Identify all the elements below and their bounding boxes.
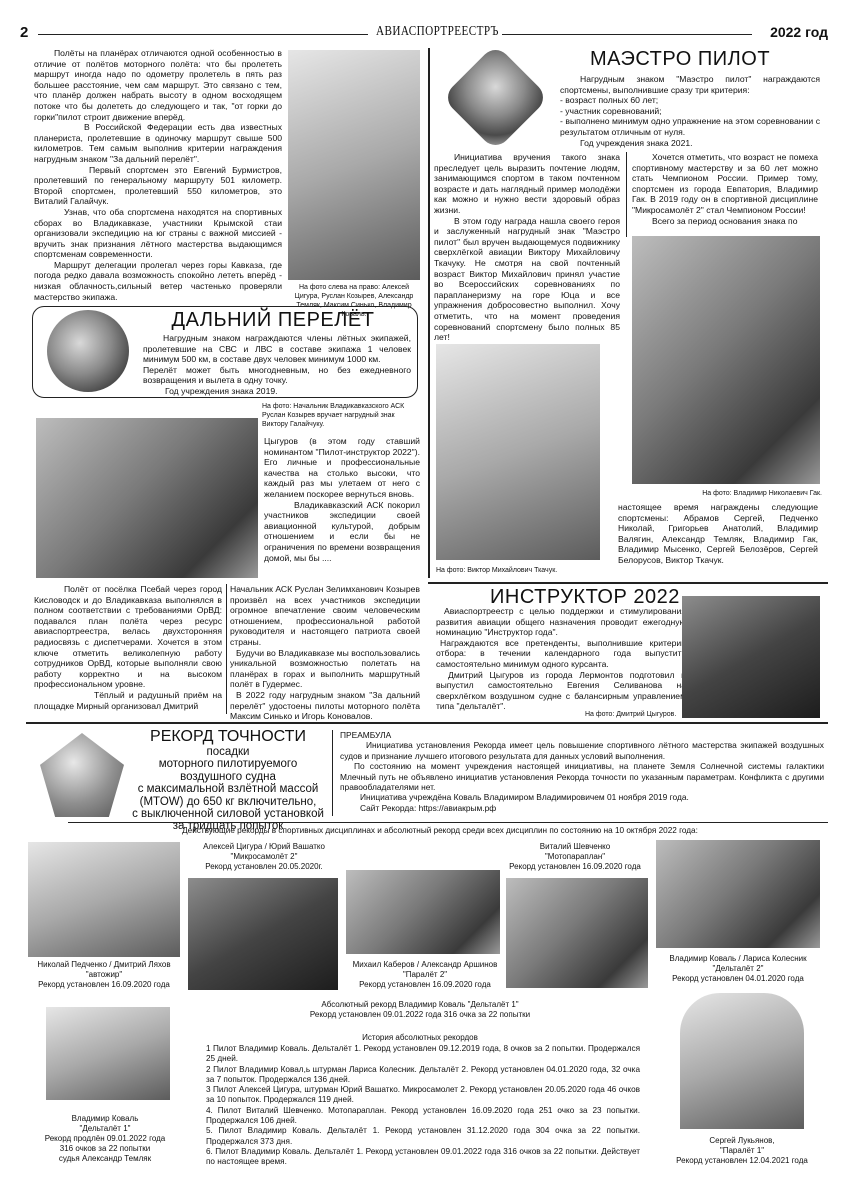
holder-photo	[188, 878, 338, 990]
record-subtitle-line: с максимальной взлётной массой	[128, 783, 328, 795]
masthead: АВИАСПОРТРЕЕСТРЪ	[376, 24, 499, 40]
paragraph: Хочется отметить, что возраст не помеха …	[632, 152, 818, 216]
record-subtitle-line: (MTOW) до 650 кг включительно,	[128, 796, 328, 808]
record-site-link[interactable]: Сайт Рекорда: https://авиакрым.рф	[340, 803, 824, 813]
absolute-line-2: Рекорд установлен 09.01.2022 года 316 оч…	[220, 1010, 620, 1020]
caption-line: Сергей Лукьянов,	[660, 1136, 824, 1146]
gak-photo	[632, 236, 820, 484]
maestro-badge-icon	[442, 44, 549, 151]
record-title: РЕКОРД ТОЧНОСТИ	[128, 728, 328, 746]
group-photo	[288, 50, 420, 280]
maestro-intro: Нагрудным знаком "Маэстро пилот" награжд…	[560, 74, 820, 148]
holder-names: Николай Педченко / Дмитрий Ляхов	[24, 960, 184, 970]
paragraph: Всего за период основания знака по	[632, 216, 818, 227]
holder-names: Михаил Каберов / Александр Аршинов	[340, 960, 510, 970]
header-rule-left	[38, 34, 368, 35]
paragraph: Нагрудным знаком награждаются члены лётн…	[143, 333, 411, 365]
holder-date: Рекорд установлен 16.09.2020 года	[500, 862, 650, 872]
holder-photo	[506, 878, 648, 988]
holder-discipline: "Мотопараплан"	[500, 852, 650, 862]
maestro-continuation: настоящее время награждены следующие спо…	[618, 502, 818, 566]
paragraph: Год учреждения знака 2019.	[143, 386, 411, 397]
paragraph: Полёт от посёлка Псебай через город Кисл…	[34, 584, 222, 690]
page-number: 2	[20, 24, 28, 41]
maestro-title: МАЭСТРО ПИЛОТ	[560, 48, 800, 71]
record-subtitle-line: посадки	[128, 746, 328, 758]
paragraph: Узнав, что оба спортсмена находятся на с…	[34, 207, 282, 260]
tkachuk-photo	[436, 344, 600, 560]
caption-line: Владимир Коваль	[30, 1114, 180, 1124]
paragraph: Владикавказский АСК покорил участников э…	[264, 500, 420, 564]
holder-discipline: "Микросамолёт 2"	[184, 852, 344, 862]
paragraph: В этом году награда нашла своего героя и…	[434, 216, 620, 343]
paragraph: В Российской Федерации есть два известны…	[34, 122, 282, 164]
holder-photo	[28, 842, 180, 957]
holder-names: Алексей Цигура / Юрий Вашатко	[184, 842, 344, 852]
paragraph: По состоянию на момент учреждения настоя…	[340, 761, 824, 792]
maestro-col2: Хочется отметить, что возраст не помеха …	[632, 152, 818, 226]
paragraph: Перелёт может быть многодневным, но без …	[143, 365, 411, 386]
record-subtitle-line: воздушного судна	[128, 771, 328, 783]
record-subtitle-line: с выключенной силовой установкой	[128, 808, 328, 820]
record-holder-3: Михаил Каберов / Александр Аршинов "Пара…	[340, 960, 510, 990]
page-header: 2 АВИАСПОРТРЕЕСТРЪ 2022 год	[20, 24, 828, 44]
record-holder-5: Владимир Коваль / Лариса Колесник "Дельт…	[650, 954, 826, 984]
caption-line: Рекорд продлён 09.01.2022 года	[30, 1134, 180, 1144]
column-divider	[428, 48, 430, 578]
paragraph: Будучи во Владикавказе мы воспользовалис…	[230, 648, 420, 690]
caption-line: 316 очков за 22 попытки	[30, 1144, 180, 1154]
record-top-rule	[26, 722, 828, 724]
history-item: 1 Пилот Владимир Коваль. Дельталёт 1. Ре…	[206, 1044, 640, 1065]
history-title: История абсолютных рекордов	[220, 1033, 620, 1042]
maestro-col1: Инициатива вручения такого знака преслед…	[434, 152, 620, 343]
history-item: 3 Пилот Алексей Цигура, штурман Юрий Ваш…	[206, 1085, 640, 1106]
paragraph: Начальник АСК Руслан Зелимханович Козыре…	[230, 584, 420, 648]
record-holder-4: Виталий Шевченко "Мотопараплан" Рекорд у…	[500, 842, 650, 872]
paragraph: Инициатива вручения такого знака преслед…	[434, 152, 620, 216]
presentation-photo	[36, 418, 258, 578]
history-list: 1 Пилот Владимир Коваль. Дельталёт 1. Ре…	[206, 1044, 640, 1168]
column-divider	[332, 730, 333, 816]
caption-line: "Дельталёт 1"	[30, 1124, 180, 1134]
long-flight-col-right: Начальник АСК Руслан Зелимханович Козыре…	[230, 584, 420, 722]
criterion: - возраст полных 60 лет;	[560, 95, 820, 106]
caption-line: Рекорд установлен 12.04.2021 года	[660, 1156, 824, 1166]
tsygurov-photo	[682, 596, 820, 718]
gak-photo-caption: На фото: Владимир Николаевич Гак.	[672, 489, 822, 498]
criterion: - участник соревнований;	[560, 106, 820, 117]
record-subtitle-line: моторного пилотируемого	[128, 758, 328, 770]
holder-discipline: "Дельталёт 2"	[650, 964, 826, 974]
long-flight-side-text: Цыгуров (в этом году ставший номинантом …	[264, 436, 420, 563]
holder-date: Рекорд установлен 20.05.2020г.	[184, 862, 344, 872]
paragraph: Первый спортсмен это Евгений Бурмистров,…	[34, 165, 282, 207]
koval-caption: Владимир Коваль "Дельталёт 1" Рекорд про…	[30, 1114, 180, 1164]
long-flight-col-left: Полёт от посёлка Псебай через город Кисл…	[34, 584, 222, 711]
holder-photo	[656, 840, 820, 948]
tkachuk-photo-caption: На фото: Виктор Михайлович Ткачук.	[436, 566, 616, 575]
current-records-heading: Действующие рекорды в спортивных дисципл…	[40, 826, 840, 835]
caption-line: "Паралёт 1"	[660, 1146, 824, 1156]
long-flight-title: ДАЛЬНИЙ ПЕРЕЛЁТ	[143, 309, 403, 332]
column-divider	[226, 584, 227, 714]
history-item: 5. Пилот Владимир Коваль. Дельталёт 1. Р…	[206, 1126, 640, 1147]
criterion: - выполнено минимум одно упражнение на э…	[560, 116, 820, 137]
paragraph: Маршрут делегации пролегал через горы Ка…	[34, 260, 282, 302]
holder-date: Рекорд установлен 04.01.2020 года	[650, 974, 826, 984]
absolute-record: Абсолютный рекорд Владимир Коваль "Дельт…	[220, 1000, 620, 1020]
absolute-line-1: Абсолютный рекорд Владимир Коваль "Дельт…	[220, 1000, 620, 1010]
holder-photo	[346, 870, 500, 954]
preamble-label: ПРЕАМБУЛА	[340, 730, 824, 740]
maestro-founded: Год учреждения знака 2021.	[560, 138, 820, 149]
paragraph: Тёплый и радушный приём на площадке Мирн…	[34, 690, 222, 711]
header-rule-right	[502, 34, 752, 35]
record-heading: РЕКОРД ТОЧНОСТИ посадки моторного пилоти…	[128, 728, 328, 833]
krymskaya-staya-badge-icon	[47, 310, 129, 392]
paragraph: В 2022 году нагрудным знаком "За дальний…	[230, 690, 420, 722]
lukyanov-photo	[680, 993, 804, 1129]
koval-photo	[46, 1007, 170, 1100]
paragraph: Полёты на планёрах отличаются одной особ…	[34, 48, 282, 122]
instructor-photo-caption: На фото: Дмитрий Цыгуров.	[585, 710, 685, 719]
header-year: 2022 год	[770, 24, 828, 40]
holder-discipline: "Паралёт 2"	[340, 970, 510, 980]
instructor-top-rule	[428, 582, 828, 584]
history-item: 4. Пилот Виталий Шевченко. Мотопараплан.…	[206, 1106, 640, 1127]
paragraph: Цыгуров (в этом году ставший номинантом …	[264, 436, 420, 500]
paragraph: Дмитрий Цыгуров из города Лермонтов подг…	[436, 670, 686, 712]
gliders-article: Полёты на планёрах отличаются одной особ…	[34, 48, 282, 302]
history-item: 2 Пилот Владимир Ковал,ь штурман Лариса …	[206, 1065, 640, 1086]
holder-discipline: "автожир"	[24, 970, 184, 980]
paragraph: Награждаются все претенденты, выполнивши…	[436, 638, 686, 670]
maestro-intro-text: Нагрудным знаком "Маэстро пилот" награжд…	[560, 74, 820, 95]
paragraph: Инициатива учреждёна Коваль Владимиром В…	[340, 792, 824, 802]
presentation-photo-caption: На фото: Начальник Владикавказского АСК …	[262, 402, 422, 429]
lukyanov-caption: Сергей Лукьянов, "Паралёт 1" Рекорд уста…	[660, 1136, 824, 1166]
paragraph: Инициатива установления Рекорда имеет це…	[340, 740, 824, 761]
record-holder-2: Алексей Цигура / Юрий Вашатко "Микросамо…	[184, 842, 344, 872]
holder-date: Рекорд установлен 16.09.2020 года	[24, 980, 184, 990]
long-flight-box: ДАЛЬНИЙ ПЕРЕЛЁТ Нагрудным знаком награжд…	[32, 306, 418, 398]
caption-line: судья Александр Темляк	[30, 1154, 180, 1164]
record-holder-1: Николай Педченко / Дмитрий Ляхов "автожи…	[24, 960, 184, 990]
paragraph: Авиаспортреестр с целью поддержки и стим…	[436, 606, 686, 638]
holder-names: Владимир Коваль / Лариса Колесник	[650, 954, 826, 964]
column-divider	[626, 152, 627, 237]
record-badge-icon	[40, 733, 124, 817]
preamble: ПРЕАМБУЛА Инициатива установления Рекорд…	[340, 730, 824, 813]
holder-date: Рекорд установлен 16.09.2020 года	[340, 980, 510, 990]
instructor-text: Авиаспортреестр с целью поддержки и стим…	[436, 606, 686, 712]
holder-names: Виталий Шевченко	[500, 842, 650, 852]
record-mid-rule	[68, 822, 828, 823]
history-item: 6. Пилот Владимир Коваль. Дельталёт 1. Р…	[206, 1147, 640, 1168]
long-flight-text: Нагрудным знаком награждаются члены лётн…	[143, 333, 411, 397]
